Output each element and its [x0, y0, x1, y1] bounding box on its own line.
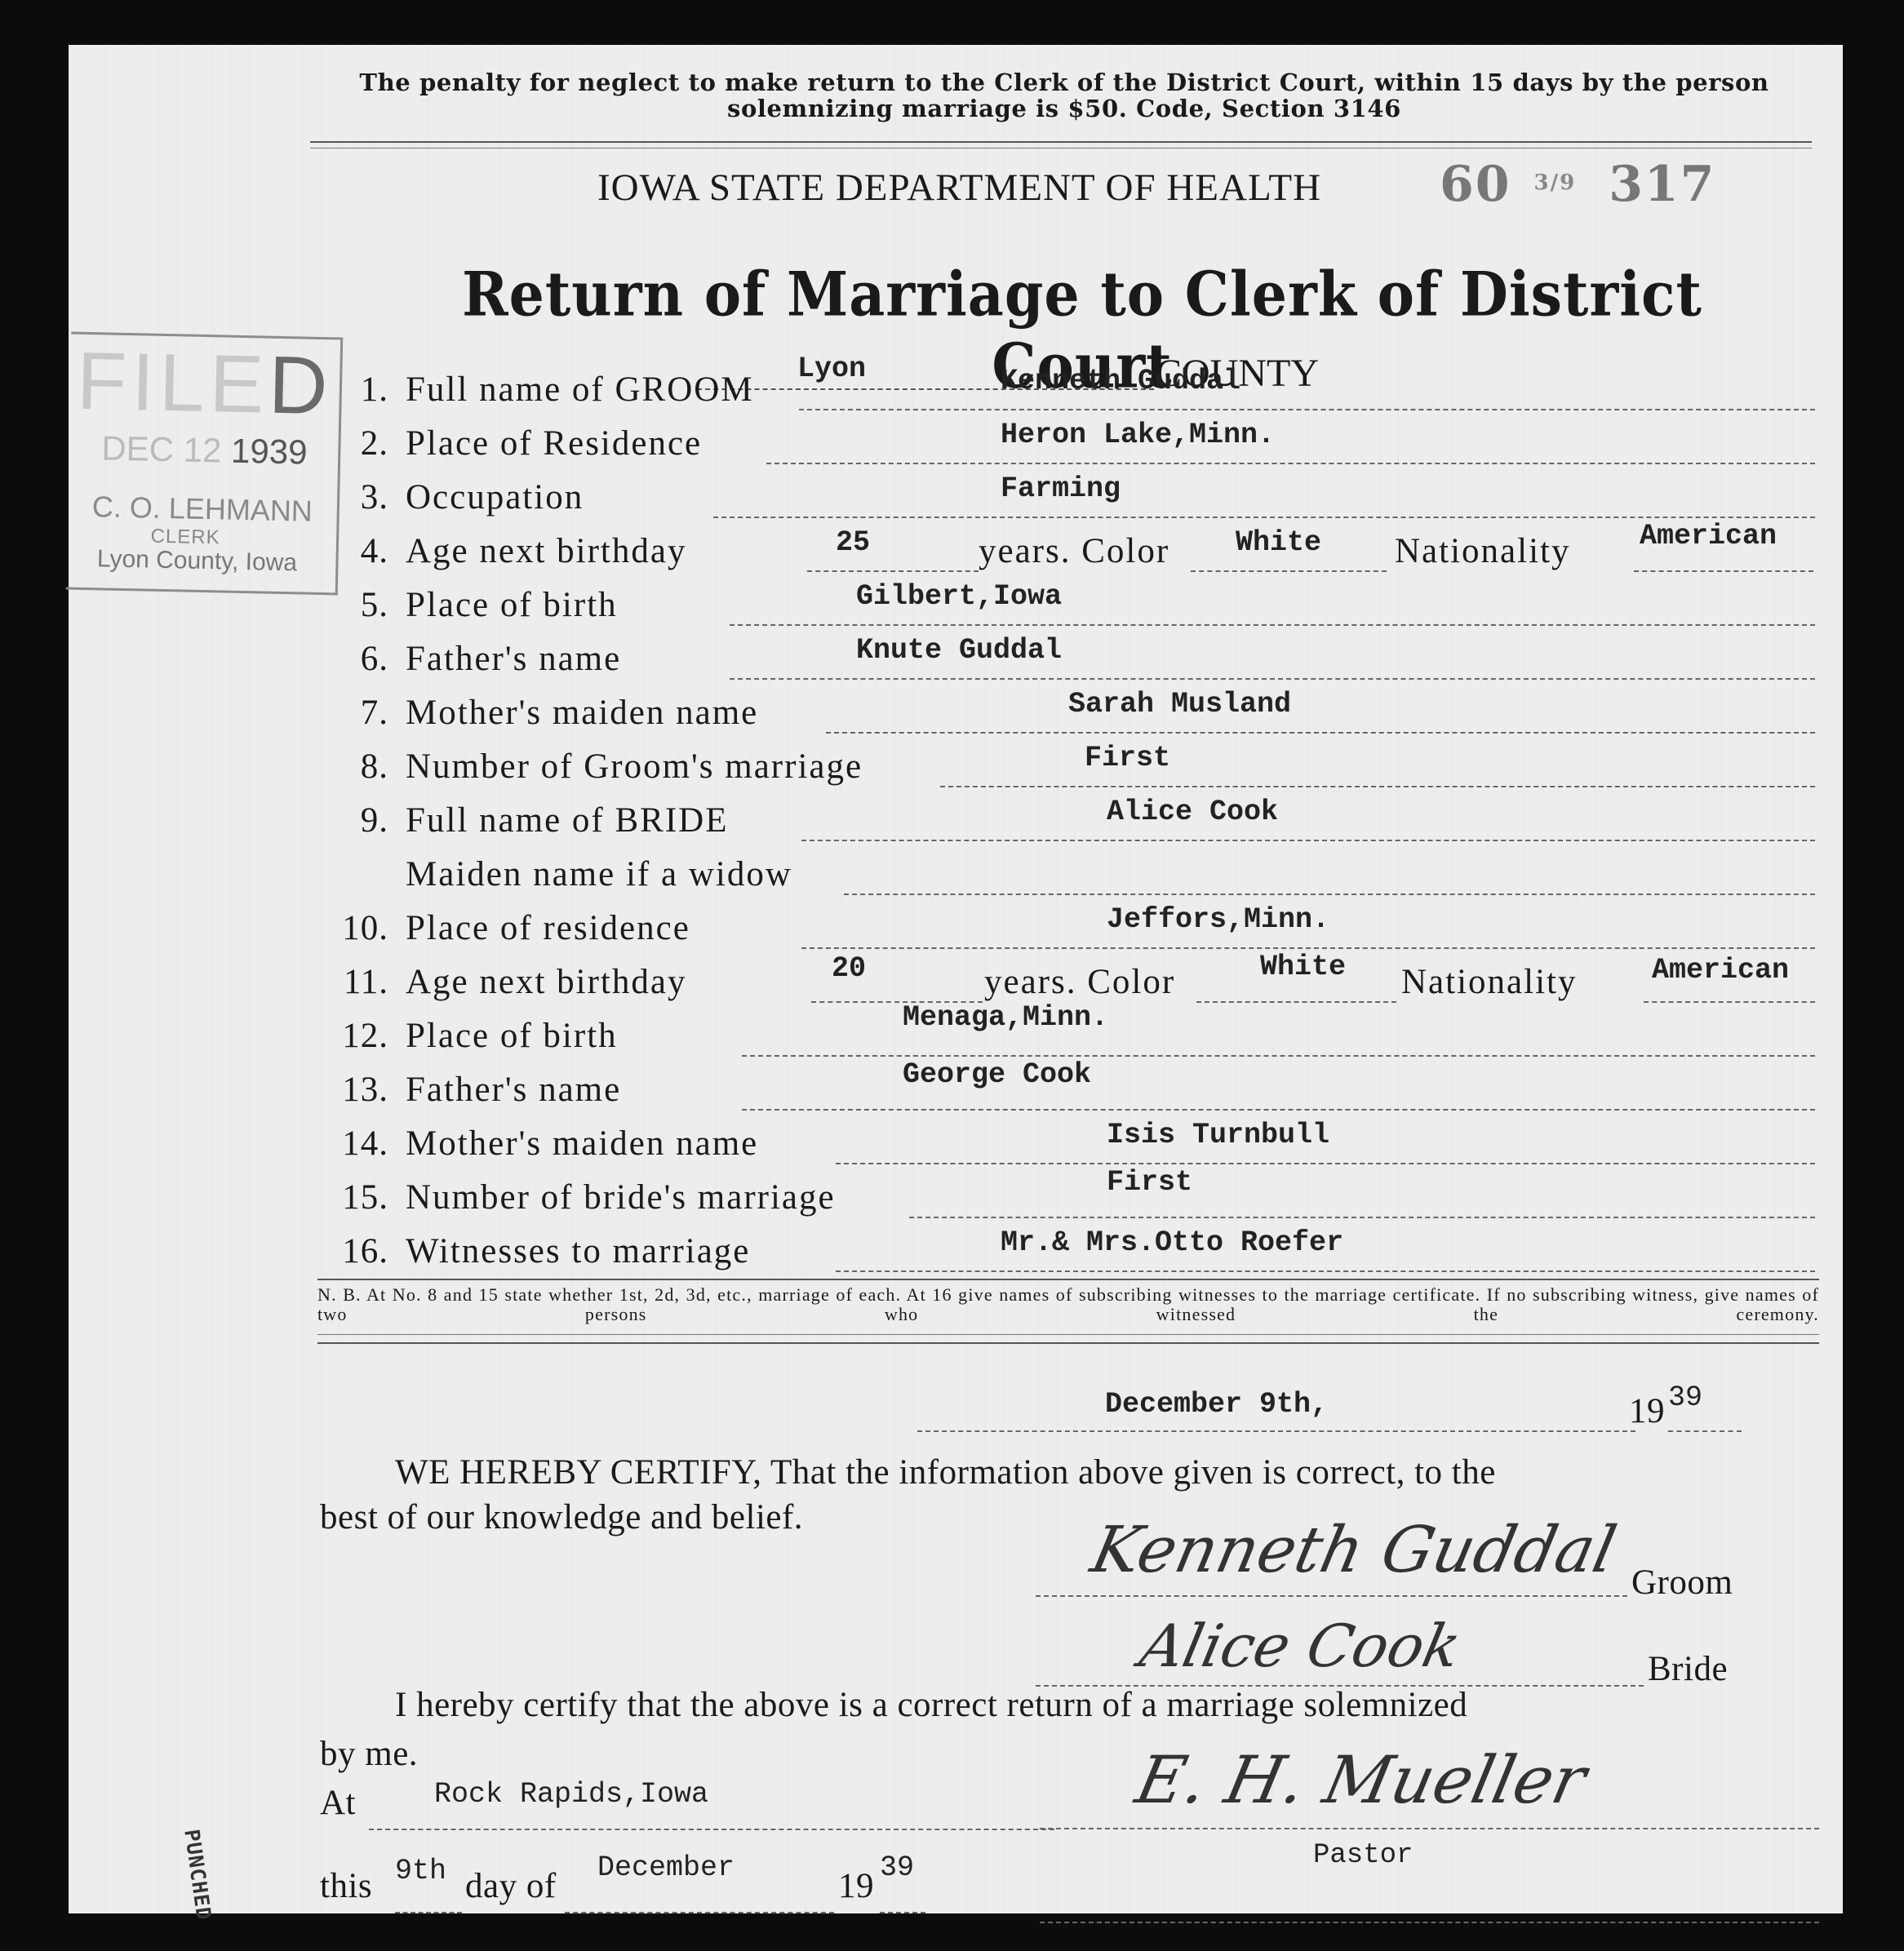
field-label: Place of Residence — [406, 423, 702, 463]
couple-certification-line-2: best of our knowledge and belief. — [320, 1497, 803, 1537]
officiant-title-value[interactable]: Pastor — [1313, 1840, 1413, 1871]
officiant-certification-line-2: by me. — [320, 1734, 418, 1774]
field-underline — [713, 517, 1815, 518]
nationality-label: Nationality — [1395, 531, 1570, 571]
field-bride-marriage-number: 15. Number of bride's marriage First — [313, 1171, 1815, 1220]
penalty-line-2: solemnizing marriage is $50. Code, Secti… — [305, 95, 1823, 122]
field-bride-maiden-if-widow: Maiden name if a widow — [313, 848, 1815, 897]
day-underline — [395, 1912, 462, 1913]
color-underline — [1191, 570, 1387, 572]
ceremony-month-value[interactable]: December — [597, 1851, 735, 1884]
filed-stamp: FILED DEC 12 1939 C. O. LEHMANN CLERK Ly… — [66, 332, 344, 596]
field-groom-age-color-nationality: 4. Age next birthday 25 years. Color Whi… — [313, 525, 1815, 574]
instructions-note: N. B. At No. 8 and 15 state whether 1st,… — [317, 1285, 1819, 1324]
field-underline — [801, 947, 1815, 949]
field-label: Place of residence — [406, 908, 690, 948]
witnesses-value[interactable]: Mr.& Mrs.Otto Roefer — [1001, 1226, 1343, 1259]
field-label: Father's name — [406, 1070, 621, 1110]
field-groom-residence: 2. Place of Residence Heron Lake,Minn. — [313, 417, 1815, 466]
bride-father-value[interactable]: George Cook — [903, 1058, 1091, 1091]
filed-county: Lyon County, Iowa — [66, 544, 328, 578]
nationality-label: Nationality — [1401, 962, 1577, 1002]
filed-clerk-name: C. O. LEHMANN — [67, 490, 337, 530]
field-witnesses: 16. Witnesses to marriage Mr.& Mrs.Otto … — [313, 1225, 1815, 1274]
note-rule-mid — [317, 1334, 1819, 1335]
field-label: Number of Groom's marriage — [406, 747, 863, 787]
this-label: this — [320, 1866, 372, 1906]
field-underline — [836, 1270, 1815, 1272]
ceremony-date-field: this 9th day of December 19 39 — [320, 1848, 1087, 1913]
groom-birthplace-value[interactable]: Gilbert,Iowa — [856, 580, 1062, 613]
bride-birthplace-value[interactable]: Menaga,Minn. — [903, 1001, 1108, 1034]
field-label: Age next birthday — [406, 962, 686, 1002]
header-rule-bottom — [310, 148, 1812, 149]
bride-signature-field: Alice Cook Bride — [1036, 1612, 1819, 1693]
bride-color-value[interactable]: White — [1260, 951, 1346, 983]
field-label: Mother's maiden name — [406, 1124, 758, 1164]
couple-certification-line-1: WE HEREBY CERTIFY, That the information … — [395, 1452, 1496, 1492]
age-underline — [807, 570, 979, 572]
officiant-signature-field: E. H. Mueller — [1040, 1738, 1823, 1836]
groom-father-value[interactable]: Knute Guddal — [856, 634, 1062, 667]
field-underline — [799, 409, 1815, 410]
field-underline — [909, 1217, 1815, 1218]
officiant-signature[interactable]: E. H. Mueller — [1130, 1742, 1592, 1818]
penalty-line-1: The penalty for neglect to make return t… — [305, 69, 1823, 95]
record-number-fraction: 3/9 — [1534, 171, 1577, 195]
certification-date-field: December 9th, 19 39 — [917, 1383, 1750, 1432]
field-underline — [766, 463, 1815, 464]
years-color-label: years. Color — [979, 531, 1169, 571]
field-bride-full-name: 9. Full name of BRIDE Alice Cook — [313, 794, 1815, 843]
field-underline — [801, 840, 1815, 841]
certification-year-value[interactable]: 39 — [1668, 1381, 1702, 1414]
field-label: Full name of GROOM — [406, 370, 754, 410]
filed-date: DEC 12 1939 — [101, 428, 308, 472]
field-groom-father: 6. Father's name Knute Guddal — [313, 632, 1815, 681]
field-label: Witnesses to marriage — [406, 1231, 750, 1271]
field-label: Mother's maiden name — [406, 693, 758, 733]
field-label: Occupation — [406, 477, 584, 517]
bride-marriage-number-value[interactable]: First — [1107, 1166, 1192, 1199]
department-heading: IOWA STATE DEPARTMENT OF HEALTH — [597, 166, 1321, 210]
ceremony-place-value[interactable]: Rock Rapids,Iowa — [434, 1778, 708, 1811]
groom-age-value[interactable]: 25 — [836, 526, 870, 559]
record-number-stamp: 603/9317 — [1440, 156, 1715, 213]
field-underline — [836, 1163, 1815, 1164]
year-prefix: 19 — [1629, 1391, 1665, 1431]
field-label: Maiden name if a widow — [406, 854, 792, 894]
field-label: Full name of BRIDE — [406, 800, 729, 840]
bride-residence-value[interactable]: Jeffors,Minn. — [1107, 903, 1329, 936]
ceremony-year-value[interactable]: 39 — [880, 1851, 914, 1884]
field-underline — [826, 732, 1815, 734]
at-label: At — [320, 1783, 356, 1823]
groom-signature-line — [1036, 1595, 1627, 1597]
groom-full-name-value[interactable]: Kenneth Guddal — [1001, 365, 1240, 397]
field-label: Number of bride's marriage — [406, 1177, 836, 1217]
field-underline — [940, 786, 1815, 787]
marriage-return-form: The penalty for neglect to make return t… — [69, 45, 1843, 1913]
field-label: Place of birth — [406, 1016, 618, 1056]
groom-signature-field: Kenneth Guddal Groom — [1036, 1514, 1819, 1603]
ceremony-day-value[interactable]: 9th — [395, 1855, 446, 1887]
bride-age-value[interactable]: 20 — [832, 952, 866, 985]
penalty-notice: The penalty for neglect to make return t… — [305, 69, 1823, 122]
header-rule-top — [310, 141, 1812, 143]
field-underline — [742, 1055, 1815, 1057]
field-bride-mother: 14. Mother's maiden name Isis Turnbull — [313, 1117, 1815, 1166]
groom-color-value[interactable]: White — [1236, 526, 1321, 559]
groom-signature[interactable]: Kenneth Guddal — [1085, 1514, 1622, 1587]
field-groom-birthplace: 5. Place of birth Gilbert,Iowa — [313, 579, 1815, 627]
place-underline — [369, 1829, 1054, 1830]
ceremony-place-field: At Rock Rapids,Iowa — [320, 1775, 1087, 1832]
field-bride-birthplace: 12. Place of birth Menaga,Minn. — [313, 1009, 1815, 1058]
field-underline — [730, 678, 1815, 680]
certification-date-value[interactable]: December 9th, — [1105, 1388, 1328, 1421]
nationality-underline — [1644, 1001, 1815, 1003]
years-color-label: years. Color — [984, 962, 1175, 1002]
field-groom-mother: 7. Mother's maiden name Sarah Musland — [313, 686, 1815, 735]
groom-marriage-number-value[interactable]: First — [1085, 742, 1170, 774]
field-bride-residence: 10. Place of residence Jeffors,Minn. — [313, 902, 1815, 951]
nationality-underline — [1634, 570, 1813, 572]
record-number-prefix: 60 — [1440, 156, 1511, 213]
note-rule-top — [317, 1279, 1819, 1280]
bride-full-name-value[interactable]: Alice Cook — [1107, 796, 1278, 828]
field-label: Place of birth — [406, 585, 618, 625]
bride-mother-value[interactable]: Isis Turnbull — [1107, 1119, 1329, 1151]
punched-stamp: PUNCHED — [180, 1828, 215, 1922]
year-underline — [1668, 1430, 1742, 1432]
month-underline — [565, 1912, 834, 1913]
field-bride-father: 13. Father's name George Cook — [313, 1063, 1815, 1112]
day-of-label: day of — [465, 1866, 557, 1906]
field-label: Age next birthday — [406, 531, 686, 571]
field-underline — [742, 1109, 1815, 1111]
officiant-signature-line — [1040, 1828, 1819, 1829]
field-groom-marriage-number: 8. Number of Groom's marriage First — [313, 740, 1815, 789]
note-rule-bottom — [317, 1342, 1819, 1344]
field-underline — [730, 624, 1815, 626]
groom-nationality-value[interactable]: American — [1640, 520, 1777, 552]
groom-occupation-value[interactable]: Farming — [1001, 472, 1121, 505]
bride-signature[interactable]: Alice Cook — [1134, 1612, 1467, 1680]
date-underline — [917, 1430, 1635, 1432]
record-number-suffix: 317 — [1609, 156, 1715, 213]
bride-nationality-value[interactable]: American — [1652, 954, 1789, 987]
field-bride-age-color-nationality: 11. Age next birthday 20 years. Color Wh… — [313, 956, 1815, 1004]
filed-word: FILED — [76, 335, 334, 434]
field-underline — [844, 893, 1815, 895]
color-underline — [1196, 1001, 1396, 1003]
field-groom-full-name: 1. Full name of GROOM Kenneth Guddal — [313, 363, 1815, 412]
bride-label: Bride — [1648, 1649, 1728, 1689]
officiant-certification-line-1: I hereby certify that the above is a cor… — [395, 1685, 1467, 1725]
groom-label: Groom — [1631, 1563, 1733, 1603]
year-underline — [880, 1912, 925, 1913]
ceremony-year-prefix: 19 — [838, 1866, 874, 1906]
officiant-title-line — [1040, 1922, 1819, 1923]
groom-mother-value[interactable]: Sarah Musland — [1068, 688, 1291, 721]
groom-residence-value[interactable]: Heron Lake,Minn. — [1001, 419, 1275, 451]
field-groom-occupation: 3. Occupation Farming — [313, 471, 1815, 520]
field-label: Father's name — [406, 639, 621, 679]
